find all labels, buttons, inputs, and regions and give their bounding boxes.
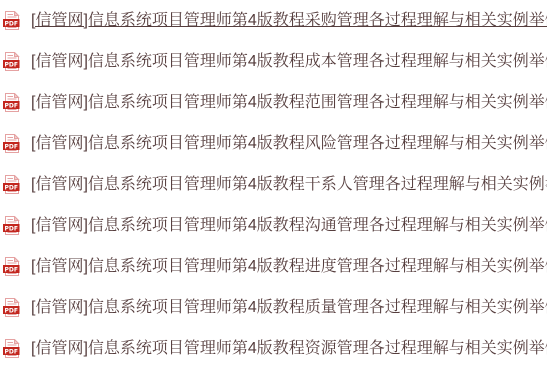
pdf-file-icon: PDF xyxy=(3,11,21,31)
pdf-band-label: PDF xyxy=(5,143,18,150)
pdf-file-icon: PDF xyxy=(3,52,21,72)
file-title-link[interactable]: [信管网]信息系统项目管理师第4版教程质量管理各过程理解与相关实例举例 xyxy=(31,298,547,318)
folded-corner xyxy=(15,175,19,179)
file-row[interactable]: PDF [信管网]信息系统项目管理师第4版教程干系人管理各过程理解与相关实例举例 xyxy=(0,164,547,205)
pdf-band-label: PDF xyxy=(5,184,18,191)
pdf-file-icon: PDF xyxy=(3,257,21,277)
pdf-file-icon: PDF xyxy=(3,93,21,113)
folded-corner xyxy=(15,298,19,302)
pdf-file-icon: PDF xyxy=(3,216,21,236)
file-title-link[interactable]: [信管网]信息系统项目管理师第4版教程范围管理各过程理解与相关实例举例 xyxy=(31,93,547,113)
pdf-band-label: PDF xyxy=(5,102,18,109)
file-title-link[interactable]: [信管网]信息系统项目管理师第4版教程采购管理各过程理解与相关实例举例 xyxy=(31,11,547,31)
pdf-file-icon: PDF xyxy=(3,134,21,154)
file-title-link[interactable]: [信管网]信息系统项目管理师第4版教程成本管理各过程理解与相关实例举例 xyxy=(31,52,547,72)
folded-corner xyxy=(15,339,19,343)
folded-corner xyxy=(15,93,19,97)
file-row[interactable]: PDF [信管网]信息系统项目管理师第4版教程风险管理各过程理解与相关实例举例 xyxy=(0,123,547,164)
file-title-link[interactable]: [信管网]信息系统项目管理师第4版教程风险管理各过程理解与相关实例举例 xyxy=(31,134,547,154)
pdf-band-label: PDF xyxy=(5,348,18,355)
pdf-file-listing-page: PDF [信管网]信息系统项目管理师第4版教程采购管理各过程理解与相关实例举例 … xyxy=(0,0,547,368)
folded-corner xyxy=(15,216,19,220)
file-row[interactable]: PDF [信管网]信息系统项目管理师第4版教程进度管理各过程理解与相关实例举例 xyxy=(0,246,547,287)
file-title-link[interactable]: [信管网]信息系统项目管理师第4版教程进度管理各过程理解与相关实例举例 xyxy=(31,257,547,277)
folded-corner xyxy=(15,11,19,15)
file-title-link[interactable]: [信管网]信息系统项目管理师第4版教程沟通管理各过程理解与相关实例举例 xyxy=(31,216,547,236)
file-row[interactable]: PDF [信管网]信息系统项目管理师第4版教程资源管理各过程理解与相关实例举例 xyxy=(0,328,547,368)
pdf-file-icon: PDF xyxy=(3,339,21,359)
folded-corner xyxy=(15,257,19,261)
pdf-band-label: PDF xyxy=(5,225,18,232)
folded-corner xyxy=(15,52,19,56)
file-row[interactable]: PDF [信管网]信息系统项目管理师第4版教程质量管理各过程理解与相关实例举例 xyxy=(0,287,547,328)
pdf-band-label: PDF xyxy=(5,61,18,68)
pdf-file-icon: PDF xyxy=(3,298,21,318)
pdf-band-label: PDF xyxy=(5,20,18,27)
pdf-file-list: PDF [信管网]信息系统项目管理师第4版教程采购管理各过程理解与相关实例举例 … xyxy=(0,0,547,368)
pdf-band-label: PDF xyxy=(5,307,18,314)
file-row[interactable]: PDF [信管网]信息系统项目管理师第4版教程采购管理各过程理解与相关实例举例 xyxy=(0,0,547,41)
file-row[interactable]: PDF [信管网]信息系统项目管理师第4版教程范围管理各过程理解与相关实例举例 xyxy=(0,82,547,123)
file-title-link[interactable]: [信管网]信息系统项目管理师第4版教程资源管理各过程理解与相关实例举例 xyxy=(31,339,547,359)
file-row[interactable]: PDF [信管网]信息系统项目管理师第4版教程成本管理各过程理解与相关实例举例 xyxy=(0,41,547,82)
pdf-band-label: PDF xyxy=(5,266,18,273)
file-row[interactable]: PDF [信管网]信息系统项目管理师第4版教程沟通管理各过程理解与相关实例举例 xyxy=(0,205,547,246)
file-title-link[interactable]: [信管网]信息系统项目管理师第4版教程干系人管理各过程理解与相关实例举例 xyxy=(31,175,547,195)
folded-corner xyxy=(15,134,19,138)
pdf-file-icon: PDF xyxy=(3,175,21,195)
